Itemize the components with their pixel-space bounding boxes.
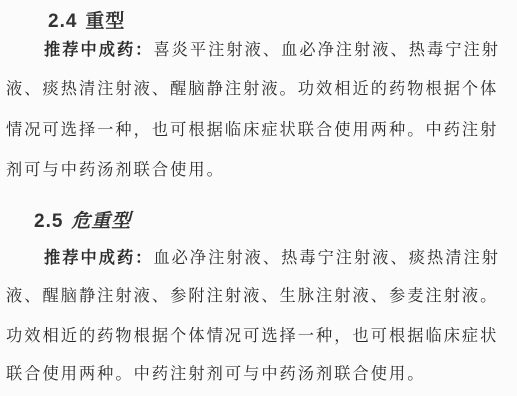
paragraph-line: 推荐中成药：血必净注射液、热毒宁注射液、痰热清注射: [44, 248, 511, 268]
line-text: 血必净注射液、热毒宁注射液、痰热清注射: [153, 248, 500, 267]
paragraph-line: 联合使用两种。中药注射剂可与中药汤剂联合使用。: [6, 364, 511, 384]
section-title: 重型: [85, 10, 125, 32]
line-text: 喜炎平注射液、血必净注射液、热毒宁注射: [153, 40, 500, 59]
paragraph-line: 功效相近的药物根据个体情况可选择一种，也可根据临床症状: [6, 326, 511, 346]
paragraph-line: 推荐中成药：喜炎平注射液、血必净注射液、热毒宁注射: [44, 40, 511, 60]
section-title: 危重型: [71, 210, 131, 232]
section-number: 2.5: [34, 211, 63, 232]
section-heading: 2.4重型: [48, 6, 125, 33]
paragraph-line: 液、醒脑静注射液、参附注射液、生脉注射液、参麦注射液。: [6, 286, 511, 306]
paragraph-line: 剂可与中药汤剂联合使用。: [6, 160, 511, 180]
recommended-label: 推荐中成药：: [44, 40, 153, 59]
section-heading: 2.5危重型: [34, 206, 131, 233]
paragraph-line: 液、痰热清注射液、醒脑静注射液。功效相近的药物根据个体: [6, 79, 511, 99]
recommended-label: 推荐中成药：: [44, 248, 153, 267]
section-number: 2.4: [48, 11, 77, 32]
paragraph-line: 情况可选择一种，也可根据临床症状联合使用两种。中药注射: [6, 120, 511, 140]
